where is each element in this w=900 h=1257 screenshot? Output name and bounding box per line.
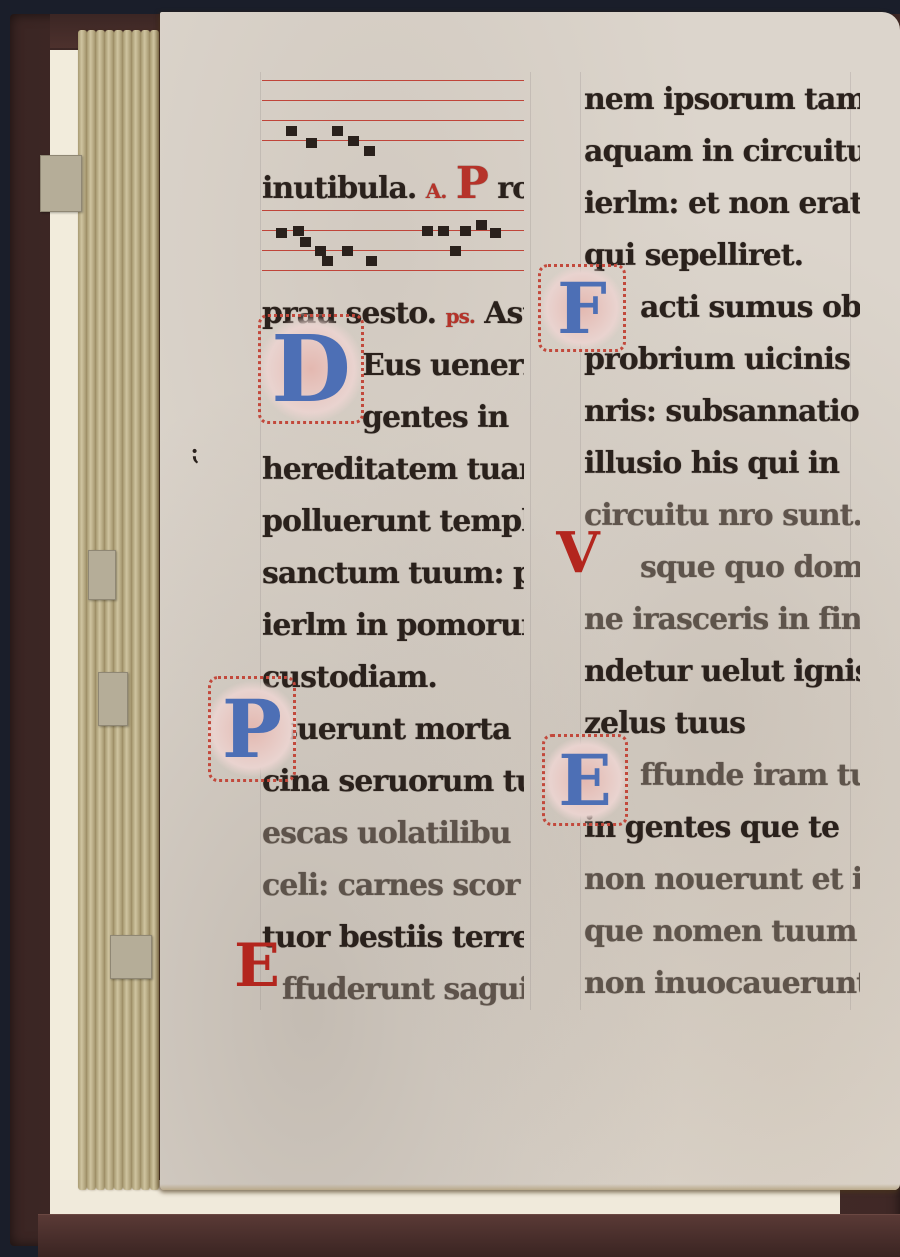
neume-icon [342, 246, 353, 256]
illuminated-initial-f: F [538, 264, 626, 352]
neume-icon [293, 226, 304, 236]
text-line: nris: subsannatio [584, 386, 860, 438]
leaf-edge [141, 30, 150, 1190]
text-line: illusio his qui in [584, 438, 860, 490]
manuscript-leaf: ⁏ inutibula. A. P ro [160, 12, 900, 1190]
illuminated-initial-d: D [258, 314, 364, 424]
leaf-edge [96, 30, 105, 1190]
rubric-initial-p: P [456, 158, 488, 209]
text-line: nem ipsorum tamqu [584, 74, 860, 126]
neume-icon [332, 126, 343, 136]
leaf-edge [123, 30, 132, 1190]
text-line: sque quo domi [584, 542, 860, 594]
neume-icon [438, 226, 449, 236]
text-line: aquam in circuitu [584, 126, 860, 178]
text-line: escas uolatilibu [262, 808, 524, 860]
neume-icon [286, 126, 297, 136]
text-line: ndetur uelut ignis [584, 646, 860, 698]
page-tab[interactable] [110, 935, 152, 979]
text-line: cina seruorum tuor [262, 756, 524, 808]
text-line: ne irasceris in fine: acce [584, 594, 860, 646]
text-line: non inuocauerunt [584, 958, 860, 1010]
leaf-edge [105, 30, 114, 1190]
chant-text-line: inutibula. A. P ro [262, 158, 524, 210]
text-line: hereditatem tuam: [262, 444, 524, 496]
neume-icon [450, 246, 461, 256]
neume-icon [422, 226, 433, 236]
binding-bottom-board [38, 1214, 900, 1257]
neume-icon [300, 237, 311, 247]
rubric-initial-e: E [232, 936, 282, 996]
rubric-initial-v: V [550, 524, 606, 582]
neume-icon [476, 220, 487, 230]
neume-icon [364, 146, 375, 156]
text-line: custodiam. [262, 652, 524, 704]
ruling-line [260, 72, 261, 1010]
neume-icon [276, 228, 287, 238]
text-line: osuerunt morta [262, 704, 524, 756]
leaf-edge [132, 30, 141, 1190]
page-bottom-edge [160, 1184, 900, 1190]
neume-icon [306, 138, 317, 148]
text-line: ierlm in pomorum [262, 600, 524, 652]
neume-icon [322, 256, 333, 266]
text-line: ffuderunt sagui [262, 964, 524, 1016]
leaf-edge [114, 30, 123, 1190]
leaf-edge [150, 30, 159, 1190]
leaf-edge [87, 30, 96, 1190]
text-line: celi: carnes scor [262, 860, 524, 912]
illuminated-initial-p: P [208, 676, 296, 782]
text-line: que nomen tuum [584, 906, 860, 958]
text-line: ierlm: et non erat [584, 178, 860, 230]
neume-icon [490, 228, 501, 238]
text-line: circuitu nro sunt. [584, 490, 860, 542]
text-line: tuor bestiis terre. [262, 912, 524, 964]
neume-icon [348, 136, 359, 146]
margin-mark: ⁏ [192, 440, 200, 466]
text-line: polluerunt templu [262, 496, 524, 548]
neume-icon [460, 226, 471, 236]
illuminated-initial-e: E [542, 734, 628, 826]
music-staff-2 [262, 210, 524, 280]
page-tab[interactable] [40, 155, 82, 212]
neume-icon [366, 256, 377, 266]
text-line: sanctum tuum: posuer [262, 548, 524, 600]
text-line: non nouerunt et in regna [584, 854, 860, 906]
left-column: inutibula. A. P ro prau sesto. [262, 80, 524, 1016]
neume-icon [315, 246, 326, 256]
page-tab[interactable] [98, 672, 128, 726]
ruling-line [530, 72, 531, 1010]
music-staff-1 [262, 80, 524, 150]
page-tab[interactable] [88, 550, 116, 600]
right-column: nem ipsorum tamqu aquam in circuitu ierl… [584, 74, 860, 1010]
